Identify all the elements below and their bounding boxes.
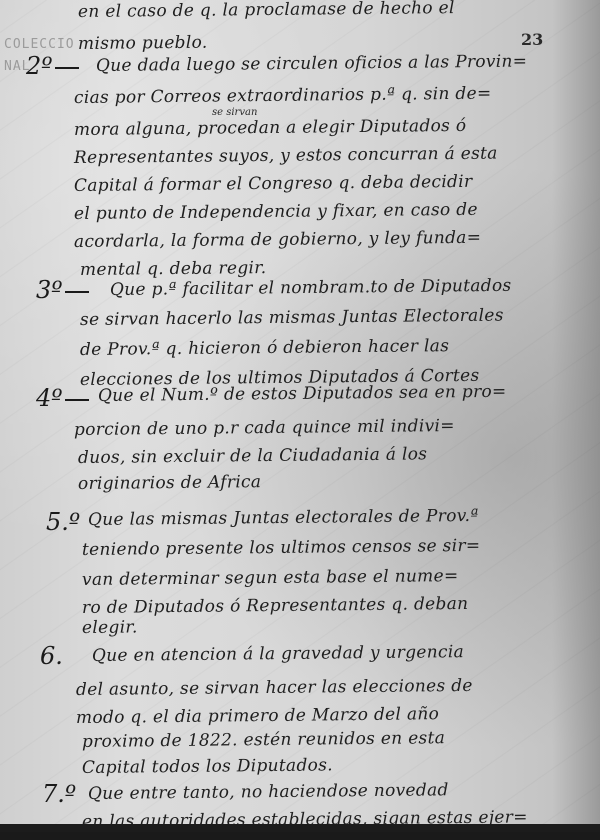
text-line: Representantes suyos, y estos concurran … — [74, 144, 498, 168]
scan-bottom-edge — [0, 824, 600, 832]
paragraph-numeral: 7.º — [42, 780, 76, 808]
text-line: Que entre tanto, no haciendose novedad — [88, 780, 449, 804]
paragraph-numeral: 5.º — [46, 508, 80, 536]
text-line: Que en atencion á la gravedad y urgencia — [92, 642, 464, 666]
text-line: Capital á formar el Congreso q. deba dec… — [74, 172, 473, 196]
numeral-text: 4º — [36, 384, 63, 412]
text-line: acordarla, la forma de gobierno, y ley f… — [74, 228, 481, 252]
paragraph-numeral: 2º — [26, 52, 79, 80]
text-line: mismo pueblo. — [78, 33, 208, 54]
text-line: Que las mismas Juntas electorales de Pro… — [88, 506, 479, 530]
text-line: Que dada luego se circulen oficios a las… — [96, 51, 527, 76]
numeral-text: 2º — [26, 52, 53, 80]
text-line: teniendo presente los ultimos censos se … — [82, 536, 481, 560]
page-number: 23 — [521, 30, 543, 49]
text-line: del asunto, se sirvan hacer las eleccion… — [76, 676, 473, 700]
interlinear-insertion: se sirvan — [212, 107, 257, 118]
text-line: elegir. — [82, 617, 138, 638]
text-line: Capital todos los Diputados. — [82, 755, 333, 778]
text-line: mental q. deba regir. — [80, 258, 267, 280]
text-line: proximo de 1822. estén reunidos en esta — [82, 728, 445, 752]
paragraph-numeral: 3º — [36, 276, 89, 304]
numeral-dash — [65, 399, 89, 401]
text-line: ro de Diputados ó Representantes q. deba… — [82, 594, 469, 618]
text-line: cias por Correos extraordinarios p.ª q. … — [74, 84, 492, 108]
text-line: de Prov.ª q. hicieron ó debieron hacer l… — [80, 336, 449, 360]
numeral-text: 3º — [36, 276, 63, 304]
text-line: modo q. el dia primero de Marzo del año — [76, 704, 439, 728]
numeral-dash — [65, 291, 89, 293]
text-line: porcion de uno p.r cada quince mil indiv… — [74, 416, 455, 440]
manuscript-page: COLECCIO NAL 23 en el caso de q. la proc… — [0, 0, 600, 832]
text-line: duos, sin excluir de la Ciudadania á los — [78, 444, 427, 468]
paragraph-numeral: 4º — [36, 384, 89, 412]
text-line: originarios de Africa — [78, 472, 261, 494]
text-line: Que el Num.º de estos Diputados sea en p… — [98, 382, 507, 406]
text-line: en el caso de q. la proclamase de hecho … — [78, 0, 455, 22]
numeral-dash — [55, 67, 79, 69]
text-line: se sirvan hacerlo las mismas Juntas Elec… — [80, 306, 504, 330]
text-line: el punto de Independencia y fixar, en ca… — [74, 200, 478, 224]
text-line: mora alguna, procedan a elegir Diputados… — [74, 116, 467, 140]
text-line: Que p.ª facilitar el nombram.to de Diput… — [110, 276, 512, 300]
text-line: van determinar segun esta base el nume= — [82, 566, 459, 590]
paragraph-numeral: 6. — [40, 642, 63, 670]
